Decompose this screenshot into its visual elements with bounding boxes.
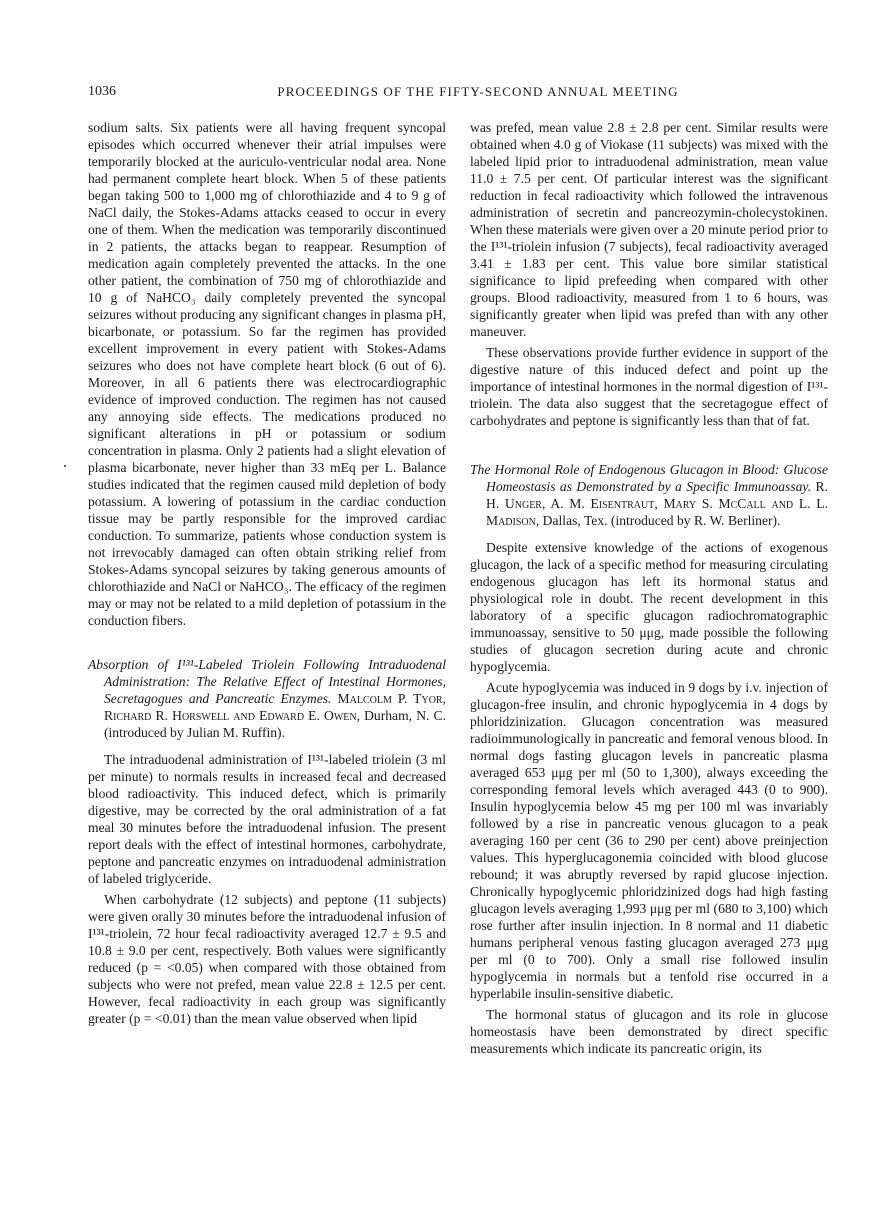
abstract-heading-glucagon: The Hormonal Role of Endogenous Glucagon…	[470, 461, 828, 529]
abstract-paragraph: The hormonal status of glucagon and its …	[470, 1006, 828, 1057]
margin-mark	[64, 465, 66, 467]
conclusion-paragraph: These observations provide further evide…	[470, 344, 828, 429]
abstract-heading-triolein: Absorption of I¹³¹-Labeled Triolein Foll…	[88, 656, 446, 741]
page-header: 1036 PROCEEDINGS OF THE FIFTY-SECOND ANN…	[88, 84, 828, 104]
abstract-paragraph: When carbohydrate (12 subjects) and pept…	[88, 891, 446, 1027]
abstract-location: , Dallas, Tex. (introduced by R. W. Berl…	[536, 513, 781, 528]
abstract-paragraph: Despite extensive knowledge of the actio…	[470, 539, 828, 675]
abstract-paragraph: The intraduodenal administration of I¹³¹…	[88, 751, 446, 887]
running-title: PROCEEDINGS OF THE FIFTY-SECOND ANNUAL M…	[88, 84, 828, 100]
continuation-paragraph: sodium salts. Six patients were all havi…	[88, 119, 446, 629]
left-column: sodium salts. Six patients were all havi…	[88, 119, 446, 1027]
abstract-paragraph: Acute hypoglycemia was induced in 9 dogs…	[470, 679, 828, 1002]
right-column: was prefed, mean value 2.8 ± 2.8 per cen…	[470, 119, 828, 1057]
abstract-title: The Hormonal Role of Endogenous Glucagon…	[470, 462, 828, 494]
continuation-paragraph: was prefed, mean value 2.8 ± 2.8 per cen…	[470, 119, 828, 340]
